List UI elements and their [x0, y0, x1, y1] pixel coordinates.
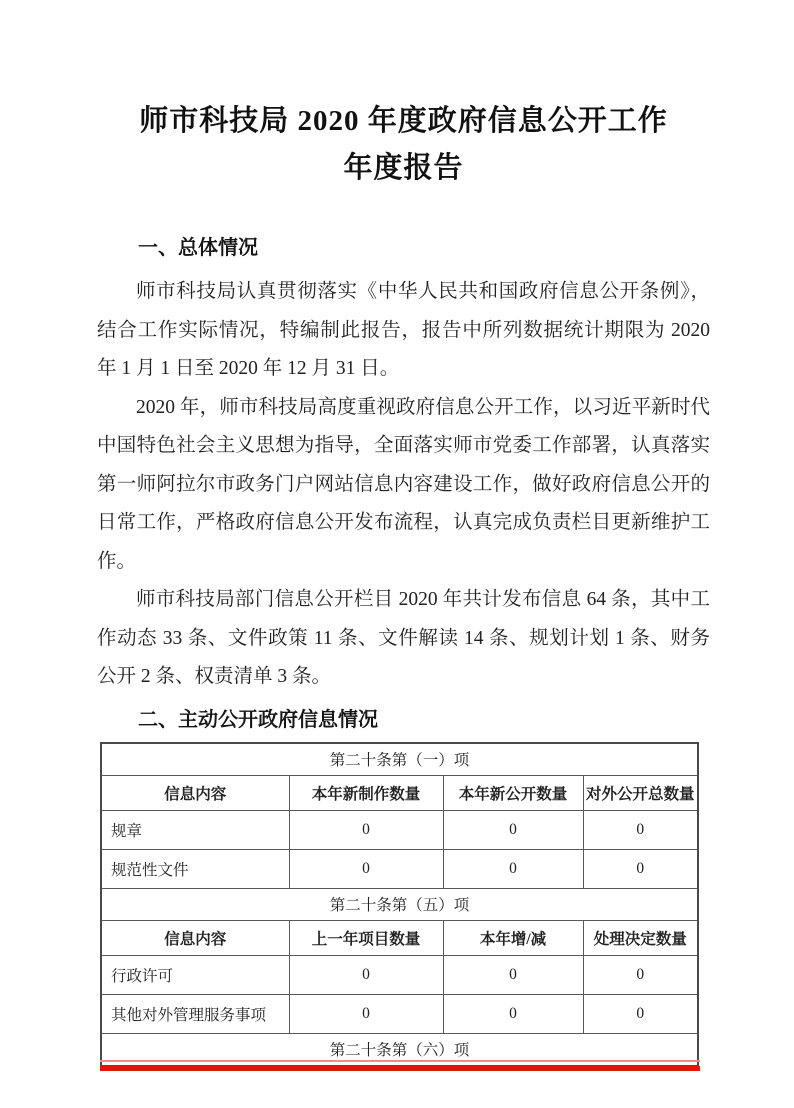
table-cell: 0 — [443, 955, 583, 994]
page-break-red-divider — [100, 1060, 700, 1071]
table-header-cell: 信息内容 — [101, 775, 289, 810]
table-caption-article-20-1: 第二十条第（一）项 — [101, 743, 698, 776]
document-content: 师市科技局 2020 年度政府信息公开工作 年度报告 一、总体情况 师市科技局认… — [97, 0, 710, 1067]
table-row-normative-documents: 规范性文件 0 0 0 — [101, 849, 698, 888]
table-header-cell: 本年新公开数量 — [443, 775, 583, 810]
table-caption-row: 第二十条第（一）项 — [101, 743, 698, 776]
table-cell: 0 — [443, 849, 583, 888]
table-header-cell: 本年增/减 — [443, 920, 583, 955]
table-cell: 0 — [583, 810, 698, 849]
paragraph-report-scope: 师市科技局认真贯彻落实《中华人民共和国政府信息公开条例》，结合工作实际情况，特编… — [97, 273, 710, 389]
table-caption-article-20-5: 第二十条第（五）项 — [101, 888, 698, 920]
document-title-line-1: 师市科技局 2020 年度政府信息公开工作 — [97, 98, 710, 145]
table-cell: 0 — [289, 955, 443, 994]
table-cell: 0 — [443, 810, 583, 849]
table-cell: 规范性文件 — [101, 849, 289, 888]
table-cell: 0 — [289, 810, 443, 849]
table-header-row: 信息内容 本年新制作数量 本年新公开数量 对外公开总数量 — [101, 775, 698, 810]
table-header-cell: 对外公开总数量 — [583, 775, 698, 810]
document-title-line-2: 年度报告 — [97, 145, 710, 192]
table-header-cell: 上一年项目数量 — [289, 920, 443, 955]
table-row-other-services: 其他对外管理服务事项 0 0 0 — [101, 994, 698, 1033]
table-header-cell: 本年新制作数量 — [289, 775, 443, 810]
table-cell: 规章 — [101, 810, 289, 849]
paragraph-publish-stats: 师市科技局部门信息公开栏目 2020 年共计发布信息 64 条，其中工作动态 3… — [97, 581, 710, 697]
disclosure-info-table: 第二十条第（一）项 信息内容 本年新制作数量 本年新公开数量 对外公开总数量 规… — [100, 742, 699, 1067]
document-title: 师市科技局 2020 年度政府信息公开工作 年度报告 — [97, 98, 710, 192]
table-cell: 其他对外管理服务事项 — [101, 994, 289, 1033]
table-header-cell: 信息内容 — [101, 920, 289, 955]
table-cell: 0 — [583, 849, 698, 888]
table-caption-row: 第二十条第（五）项 — [101, 888, 698, 920]
table-header-row: 信息内容 上一年项目数量 本年增/减 处理决定数量 — [101, 920, 698, 955]
paragraph-work-summary: 2020 年，师市科技局高度重视政府信息公开工作，以习近平新时代中国特色社会主义… — [97, 389, 710, 582]
table-row-regulations: 规章 0 0 0 — [101, 810, 698, 849]
section-heading-overview: 一、总体情况 — [97, 235, 710, 261]
table-row-administrative-licensing: 行政许可 0 0 0 — [101, 955, 698, 994]
section-heading-disclosure: 二、主动公开政府信息情况 — [97, 707, 710, 733]
red-divider-thick-line — [100, 1066, 700, 1071]
table-header-cell: 处理决定数量 — [583, 920, 698, 955]
document-page: 师市科技局 2020 年度政府信息公开工作 年度报告 一、总体情况 师市科技局认… — [0, 0, 794, 1108]
table-cell: 0 — [583, 994, 698, 1033]
table-cell: 0 — [289, 849, 443, 888]
table-cell: 行政许可 — [101, 955, 289, 994]
table-cell: 0 — [289, 994, 443, 1033]
table-cell: 0 — [443, 994, 583, 1033]
table-cell: 0 — [583, 955, 698, 994]
